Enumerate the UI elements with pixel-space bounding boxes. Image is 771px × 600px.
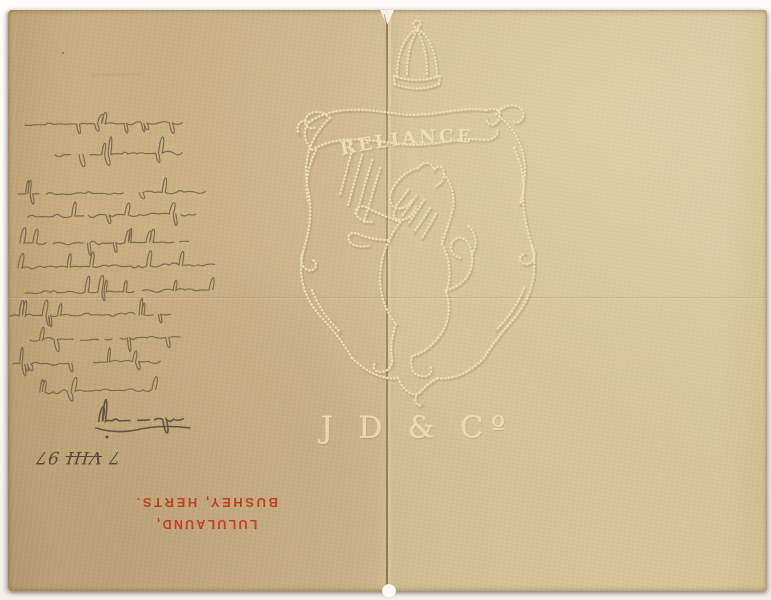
letterhead: LULULAUND, BUSHEY, HERTS.	[126, 492, 286, 534]
date-month: VIII	[65, 447, 104, 467]
letter-paper	[8, 10, 767, 591]
red-speck	[62, 52, 64, 54]
horizontal-fold-highlight	[8, 298, 767, 299]
scanned-letter: RELIANCE J D & Cº 7 VIII 97 LULULAUND, B…	[0, 0, 771, 600]
date-day: 7	[107, 447, 121, 467]
jd-co-monogram: J D & Cº	[321, 411, 513, 446]
handwritten-date: 7 VIII 97	[29, 447, 127, 467]
letterhead-line-2: BUSHEY, HERTS.	[126, 492, 286, 513]
vertical-fold-highlight	[388, 10, 391, 591]
date-year: 97	[35, 447, 61, 467]
letterhead-line-1: LULULAUND,	[126, 513, 286, 534]
